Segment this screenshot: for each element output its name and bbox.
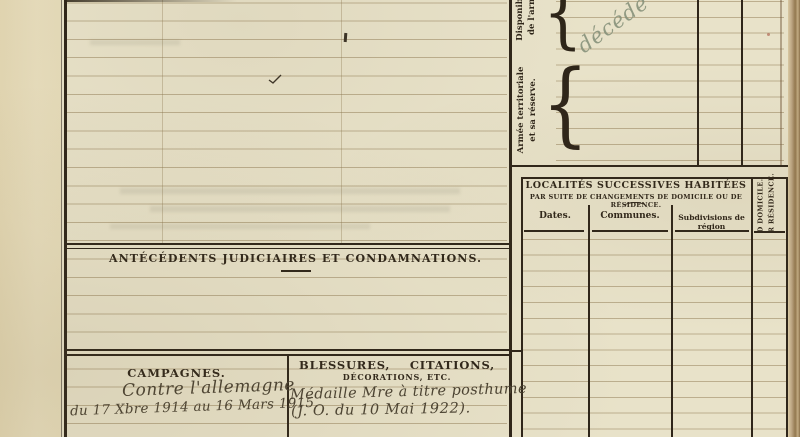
armee-territoriale-brace: { bbox=[542, 56, 589, 152]
campagnes-top-border-1 bbox=[64, 349, 509, 351]
header-underline-communes bbox=[592, 230, 668, 232]
topright-column-line-2 bbox=[741, 0, 743, 166]
disponibilite-label-line1: Disponibilité bbox=[514, 0, 526, 60]
topright-bottom-border bbox=[509, 165, 788, 167]
armee-territoriale-label-line2: et sa réserve. bbox=[527, 60, 539, 160]
ruled-lines-localites-table bbox=[523, 224, 786, 437]
topright-column-line-1 bbox=[697, 0, 699, 166]
ink-bleed-smudge bbox=[110, 224, 370, 229]
header-underline-dates bbox=[524, 230, 584, 232]
antecedents-title: ANTÉCÉDENTS JUDICIAIRES ET CONDAMNATIONS… bbox=[75, 252, 516, 265]
localites-col-header-subdivisions: Subdivisions de région bbox=[672, 213, 751, 231]
armee-territoriale-label-line1: Armée territoriale bbox=[515, 60, 527, 160]
ink-bleed-smudge bbox=[120, 188, 460, 194]
antecedents-top-border-1 bbox=[64, 243, 509, 245]
localites-col-header-dates: Dates. bbox=[523, 211, 587, 221]
localites-col-header-domicile: D DOMICILE. bbox=[757, 179, 766, 233]
military-record-page: Disponibilité de l'armée { Armée territo… bbox=[0, 0, 800, 437]
header-underline-subdivisions bbox=[675, 230, 749, 232]
antecedents-top-border-2 bbox=[64, 248, 509, 250]
header-underline-dr bbox=[754, 231, 785, 233]
localites-col-header-residence: R RÉSIDENCE. bbox=[768, 179, 777, 233]
armee-territoriale-label: Armée territoriale et sa réserve. bbox=[515, 60, 539, 160]
right-page-edge bbox=[788, 0, 800, 437]
localites-divider-dr bbox=[751, 177, 753, 437]
localites-divider-dates-communes bbox=[588, 205, 590, 437]
ink-speck bbox=[767, 33, 770, 36]
page-crease-line bbox=[780, 0, 782, 165]
disponibilite-brace: { bbox=[543, 0, 583, 54]
disponibilite-label: Disponibilité de l'armée bbox=[514, 0, 538, 60]
blessures-entry-line2: (J. O. du 10 Mai 1922). bbox=[291, 400, 471, 419]
antecedents-title-underline bbox=[281, 270, 311, 272]
gutter-stub-line bbox=[509, 350, 523, 352]
localites-top-border bbox=[521, 177, 786, 179]
localites-title: LOCALITÉS SUCCESSIVES HABITÉES bbox=[521, 180, 751, 191]
ink-mark-check bbox=[268, 74, 282, 84]
top-border-remnant bbox=[67, 0, 237, 2]
ink-bleed-smudge bbox=[150, 206, 450, 212]
blessures-title-line1: BLESSURES, CITATIONS, bbox=[287, 358, 507, 372]
left-page-margin bbox=[0, 0, 61, 437]
binding-edge-thin-line bbox=[61, 0, 62, 437]
localites-decorative-squiggle bbox=[622, 202, 648, 209]
blessures-title-line2: DÉCORATIONS, ETC. bbox=[287, 372, 507, 382]
localites-col-header-communes: Communes. bbox=[589, 211, 671, 221]
center-divider-line bbox=[509, 0, 512, 437]
ink-bleed-smudge bbox=[90, 40, 180, 45]
disponibilite-label-line2: de l'armée bbox=[526, 0, 538, 60]
localites-divider-communes-subdiv bbox=[671, 205, 673, 437]
